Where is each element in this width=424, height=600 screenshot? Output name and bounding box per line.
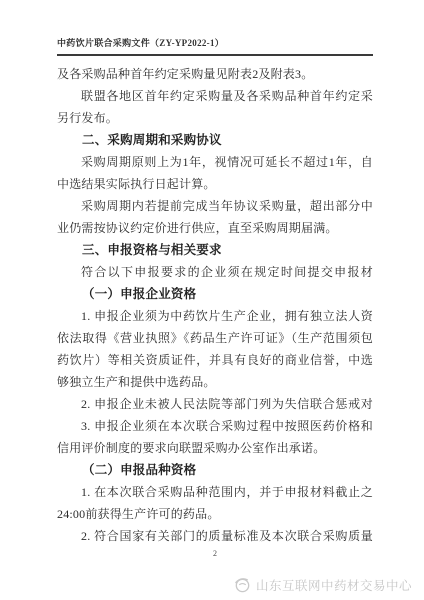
document-title: 中药饮片联合采购文件（ZY-YP2022-1） (57, 38, 224, 48)
text-line: 信用评价制度的要求向联盟采购办公室作出承诺。 (57, 437, 373, 459)
sub-heading: （二）申报品种资格 (57, 459, 373, 481)
text-line: 符合以下申报要求的企业须在规定时间提交申报材料。 (57, 261, 373, 283)
text-line: 2. 符合国家有关部门的质量标准及本次联合采购质量等级 (57, 525, 373, 547)
text-line: 1. 申报企业须为中药饮片生产企业，拥有独立法人资格， (57, 305, 373, 327)
trade-center-logo-icon (233, 575, 252, 594)
text-line: 1. 在本次联合采购品种范围内，并于申报材料截止之日 (57, 481, 373, 503)
page-number: 2 (57, 549, 373, 558)
sub-heading: （一）申报企业资格 (57, 283, 373, 305)
text-line: 采购周期内若提前完成当年协议采购量，超出部分中选企 (57, 195, 373, 217)
text-line: 够独立生产和提供中选药品。 (57, 371, 373, 393)
text-line: 联盟各地区首年约定采购量及各采购品种首年约定采购量 (57, 85, 373, 107)
watermark: 山东互联网中药材交易中心 (233, 575, 412, 594)
text-line: 24:00前获得生产许可的药品。 (57, 503, 373, 525)
section-heading: 二、采购周期和采购协议 (57, 129, 373, 151)
document-page: 中药饮片联合采购文件（ZY-YP2022-1） 及各采购品种首年约定采购量见附表… (0, 0, 424, 600)
text-line: 业仍需按协议约定价进行供应，直至采购周期届满。 (57, 217, 373, 239)
text-line: 另行发布。 (57, 107, 373, 129)
document-body: 及各采购品种首年约定采购量见附表2及附表3。联盟各地区首年约定采购量及各采购品种… (57, 63, 373, 547)
text-line: 及各采购品种首年约定采购量见附表2及附表3。 (57, 63, 373, 85)
text-line: 中选结果实际执行日起计算。 (57, 173, 373, 195)
text-line: 采购周期原则上为1年，视情况可延长不超过1年，自联盟 (57, 151, 373, 173)
watermark-text: 山东互联网中药材交易中心 (256, 576, 412, 594)
text-line: 依法取得《营业执照》《药品生产许可证》（生产范围须包含中 (57, 327, 373, 349)
section-heading: 三、申报资格与相关要求 (57, 239, 373, 261)
page-header: 中药饮片联合采购文件（ZY-YP2022-1） (57, 36, 373, 56)
text-line: 2. 申报企业未被人民法院等部门列为失信联合惩戒对象。 (57, 393, 373, 415)
text-line: 药饮片）等相关资质证件，并具有良好的商业信誉，中选后能 (57, 349, 373, 371)
text-line: 3. 申报企业须在本次联合采购过程中按照医药价格和招采 (57, 415, 373, 437)
